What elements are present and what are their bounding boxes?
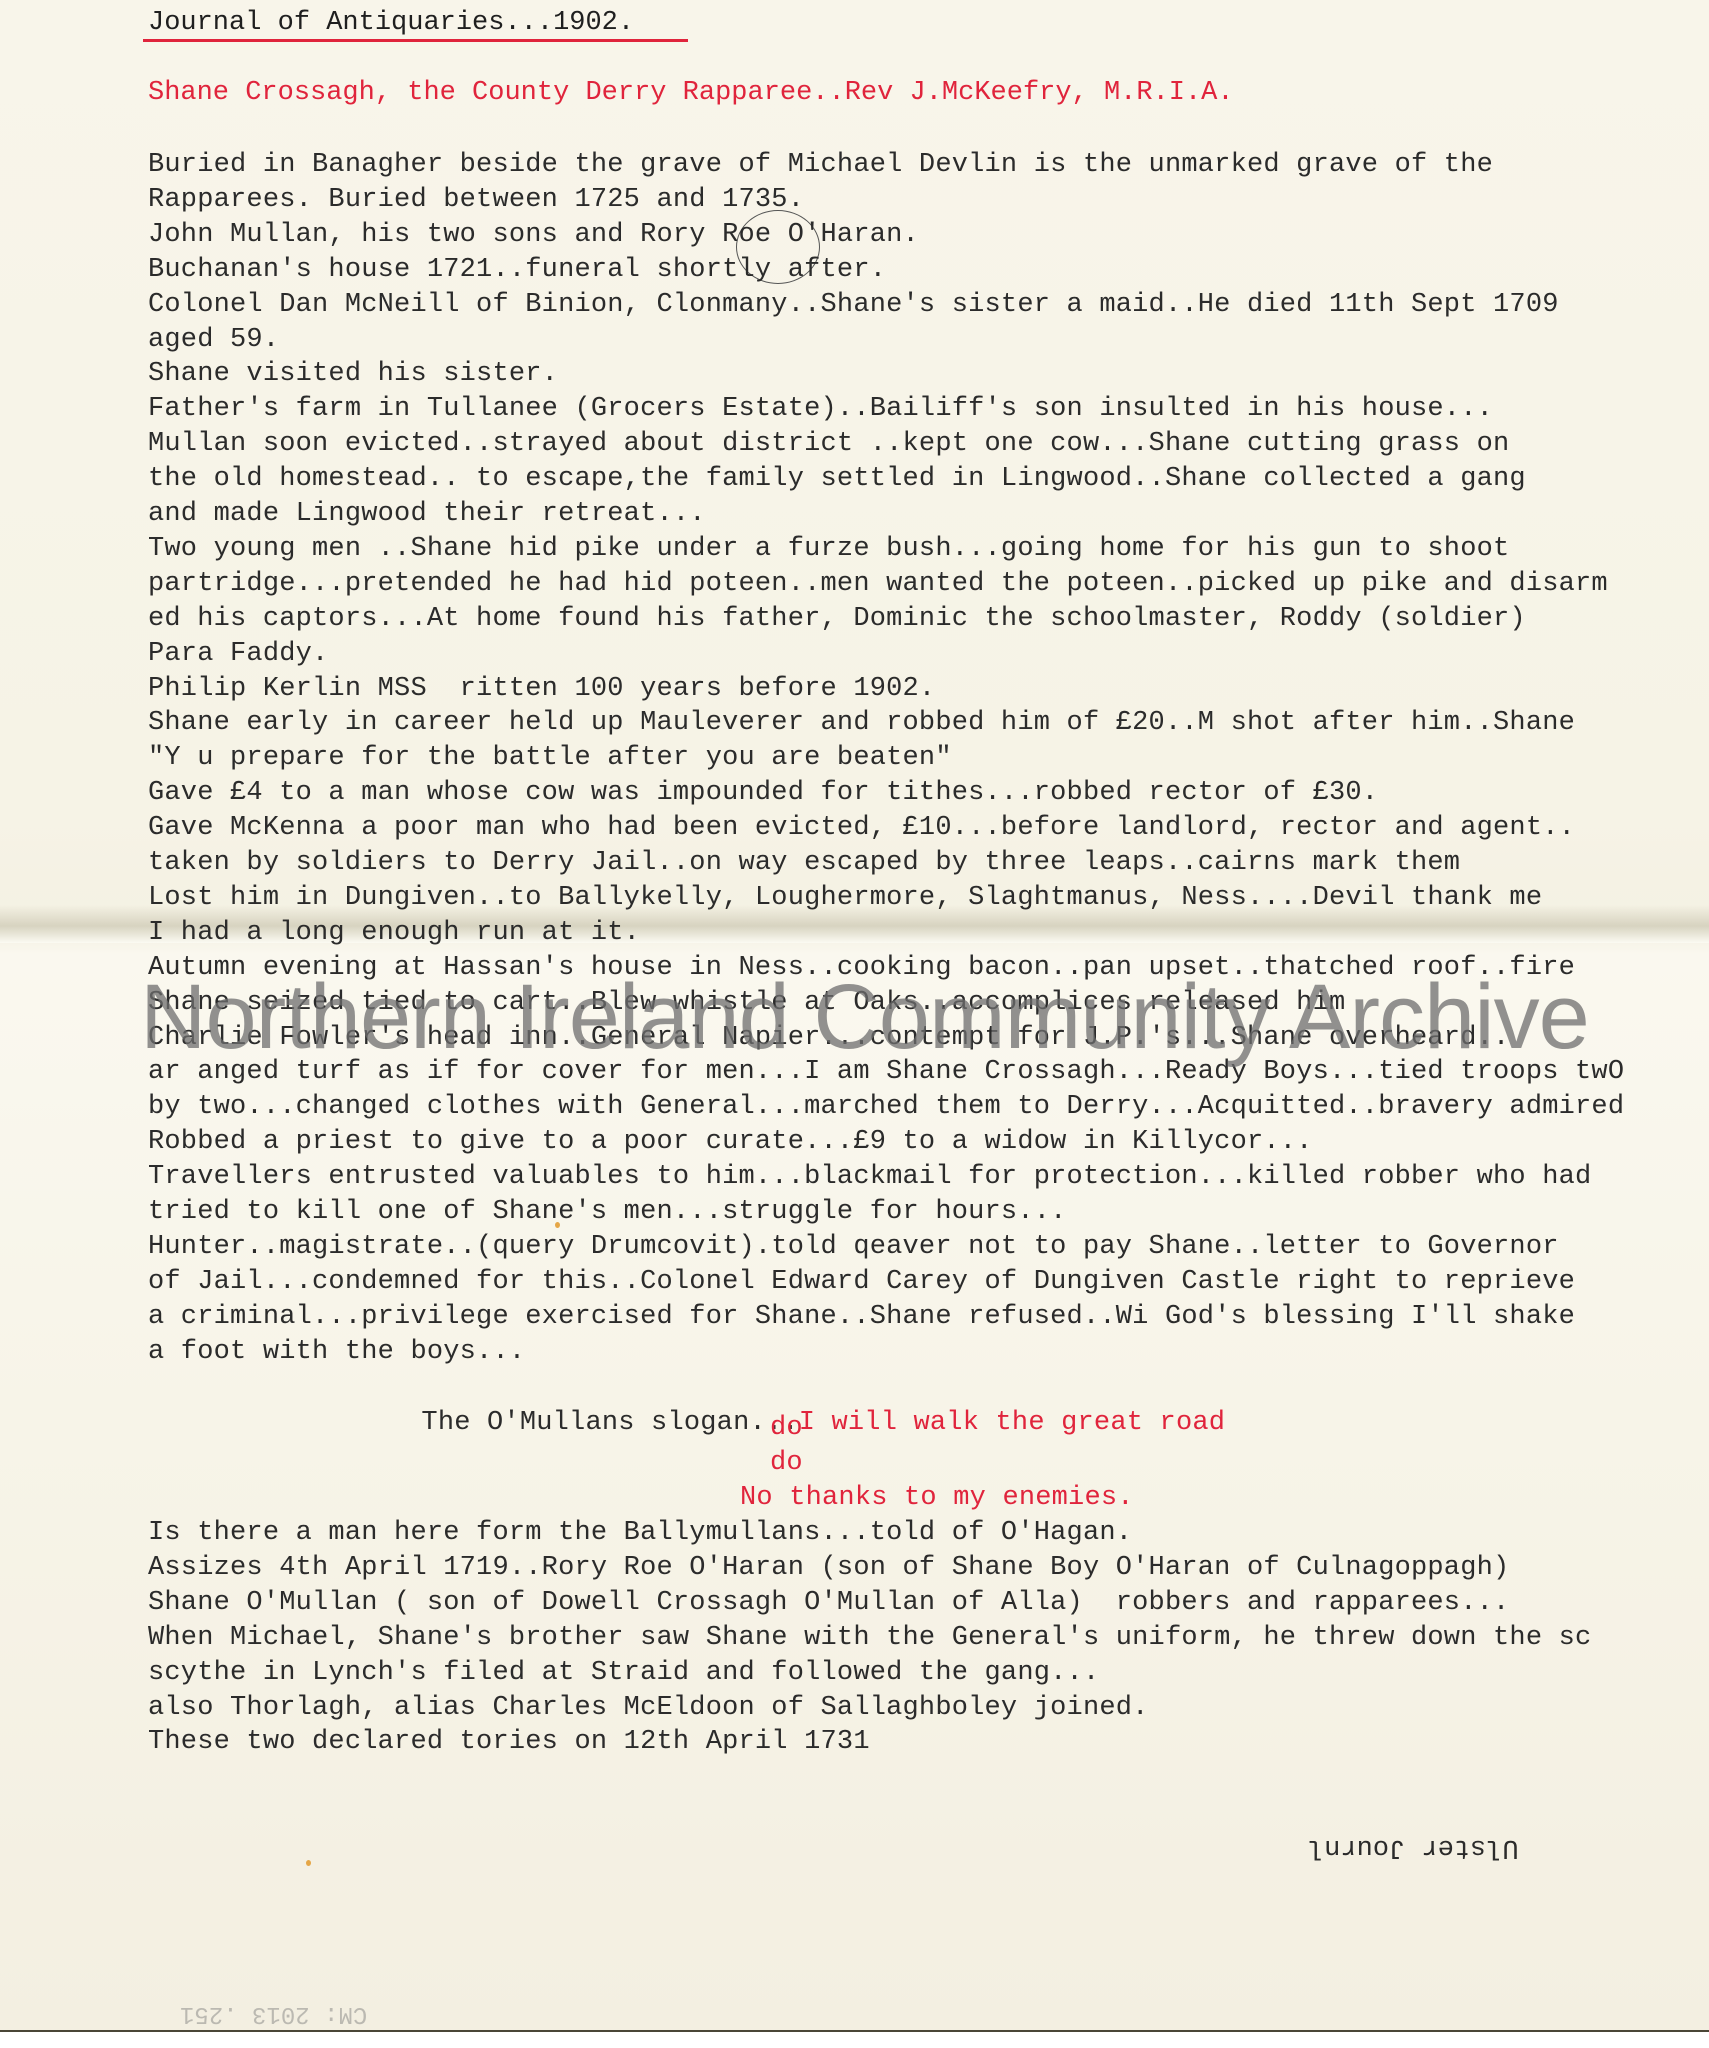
slogan-line-1: I will walk the great road	[799, 1408, 1225, 1438]
text-line: "Y u prepare for the battle after you ar…	[148, 743, 952, 773]
text-line: the old homestead.. to escape,the family…	[148, 464, 1526, 494]
text-line: Gave £4 to a man whose cow was impounded…	[148, 778, 1378, 808]
slogan-line-3: do	[770, 1448, 803, 1478]
paper-stain	[306, 1860, 311, 1866]
text-line: of Jail...condemned for this..Colonel Ed…	[148, 1267, 1575, 1297]
text-line: Shane early in career held up Mauleverer…	[148, 708, 1575, 738]
text-line: Travellers entrusted valuables to him...…	[148, 1162, 1591, 1192]
document-subtitle: Shane Crossagh, the County Derry Rappare…	[148, 78, 1234, 108]
text-line: Mullan soon evicted..strayed about distr…	[148, 429, 1509, 459]
text-line: also Thorlagh, alias Charles McEldoon of…	[148, 1693, 1149, 1723]
archive-reference-number: CM: 2013 .251	[180, 2000, 367, 2027]
text-line: Assizes 4th April 1719..Rory Roe O'Haran…	[148, 1553, 1509, 1583]
text-line: scythe in Lynch's filed at Straid and fo…	[148, 1658, 1099, 1688]
text-line: Shane visited his sister.	[148, 359, 558, 389]
text-line: Two young men ..Shane hid pike under a f…	[148, 534, 1509, 564]
text-line: Rapparees. Buried between 1725 and 1735.	[148, 185, 804, 215]
slogan-intro: The O'Mullans slogan...	[421, 1408, 798, 1438]
text-line: Hunter..magistrate..(query Drumcovit).to…	[148, 1232, 1559, 1262]
title-red-underline	[143, 39, 688, 42]
text-line: Father's farm in Tullanee (Grocers Estat…	[148, 394, 1493, 424]
watermark: Northern Ireland Community Archive	[140, 965, 1589, 1070]
text-line: Para Faddy.	[148, 639, 328, 669]
paper-stain	[555, 1222, 560, 1228]
text-line: partridge...pretended he had hid poteen.…	[148, 569, 1608, 599]
text-line: Is there a man here form the Ballymullan…	[148, 1518, 1132, 1548]
text-line: These two declared tories on 12th April …	[148, 1727, 870, 1757]
text-line: aged 59.	[148, 325, 279, 355]
text-line: Philip Kerlin MSS ritten 100 years befor…	[148, 674, 935, 704]
document-title: Journal of Antiquaries...1902.	[148, 8, 634, 38]
text-line: John Mullan, his two sons and Rory Roe O…	[148, 220, 919, 250]
text-line: tried to kill one of Shane's men...strug…	[148, 1197, 1067, 1227]
text-line: Lost him in Dungiven..to Ballykelly, Lou…	[148, 883, 1542, 913]
text-line: Buchanan's house 1721..funeral shortly a…	[148, 255, 886, 285]
text-line: a foot with the boys...	[148, 1337, 525, 1367]
slogan-line-2: do	[770, 1413, 803, 1443]
upside-down-note: Ulster Journl	[1308, 1832, 1519, 1862]
text-line: and made Lingwood their retreat...	[148, 499, 706, 529]
slogan-line-4: No thanks to my enemies.	[740, 1483, 1134, 1513]
text-line: by two...changed clothes with General...…	[148, 1092, 1624, 1122]
text-line: Robbed a priest to give to a poor curate…	[148, 1127, 1313, 1157]
text-line: When Michael, Shane's brother saw Shane …	[148, 1623, 1591, 1653]
text-line: I had a long enough run at it.	[148, 918, 640, 948]
text-line: Shane O'Mullan ( son of Dowell Crossagh …	[148, 1588, 1509, 1618]
typed-document-page: Journal of Antiquaries...1902. Shane Cro…	[0, 0, 1709, 2032]
text-line: Buried in Banagher beside the grave of M…	[148, 150, 1493, 180]
text-line: ed his captors...At home found his fathe…	[148, 604, 1526, 634]
text-line: a criminal...privilege exercised for Sha…	[148, 1302, 1575, 1332]
text-line: Colonel Dan McNeill of Binion, Clonmany.…	[148, 290, 1559, 320]
text-line: Gave McKenna a poor man who had been evi…	[148, 813, 1575, 843]
text-line: taken by soldiers to Derry Jail..on way …	[148, 848, 1460, 878]
